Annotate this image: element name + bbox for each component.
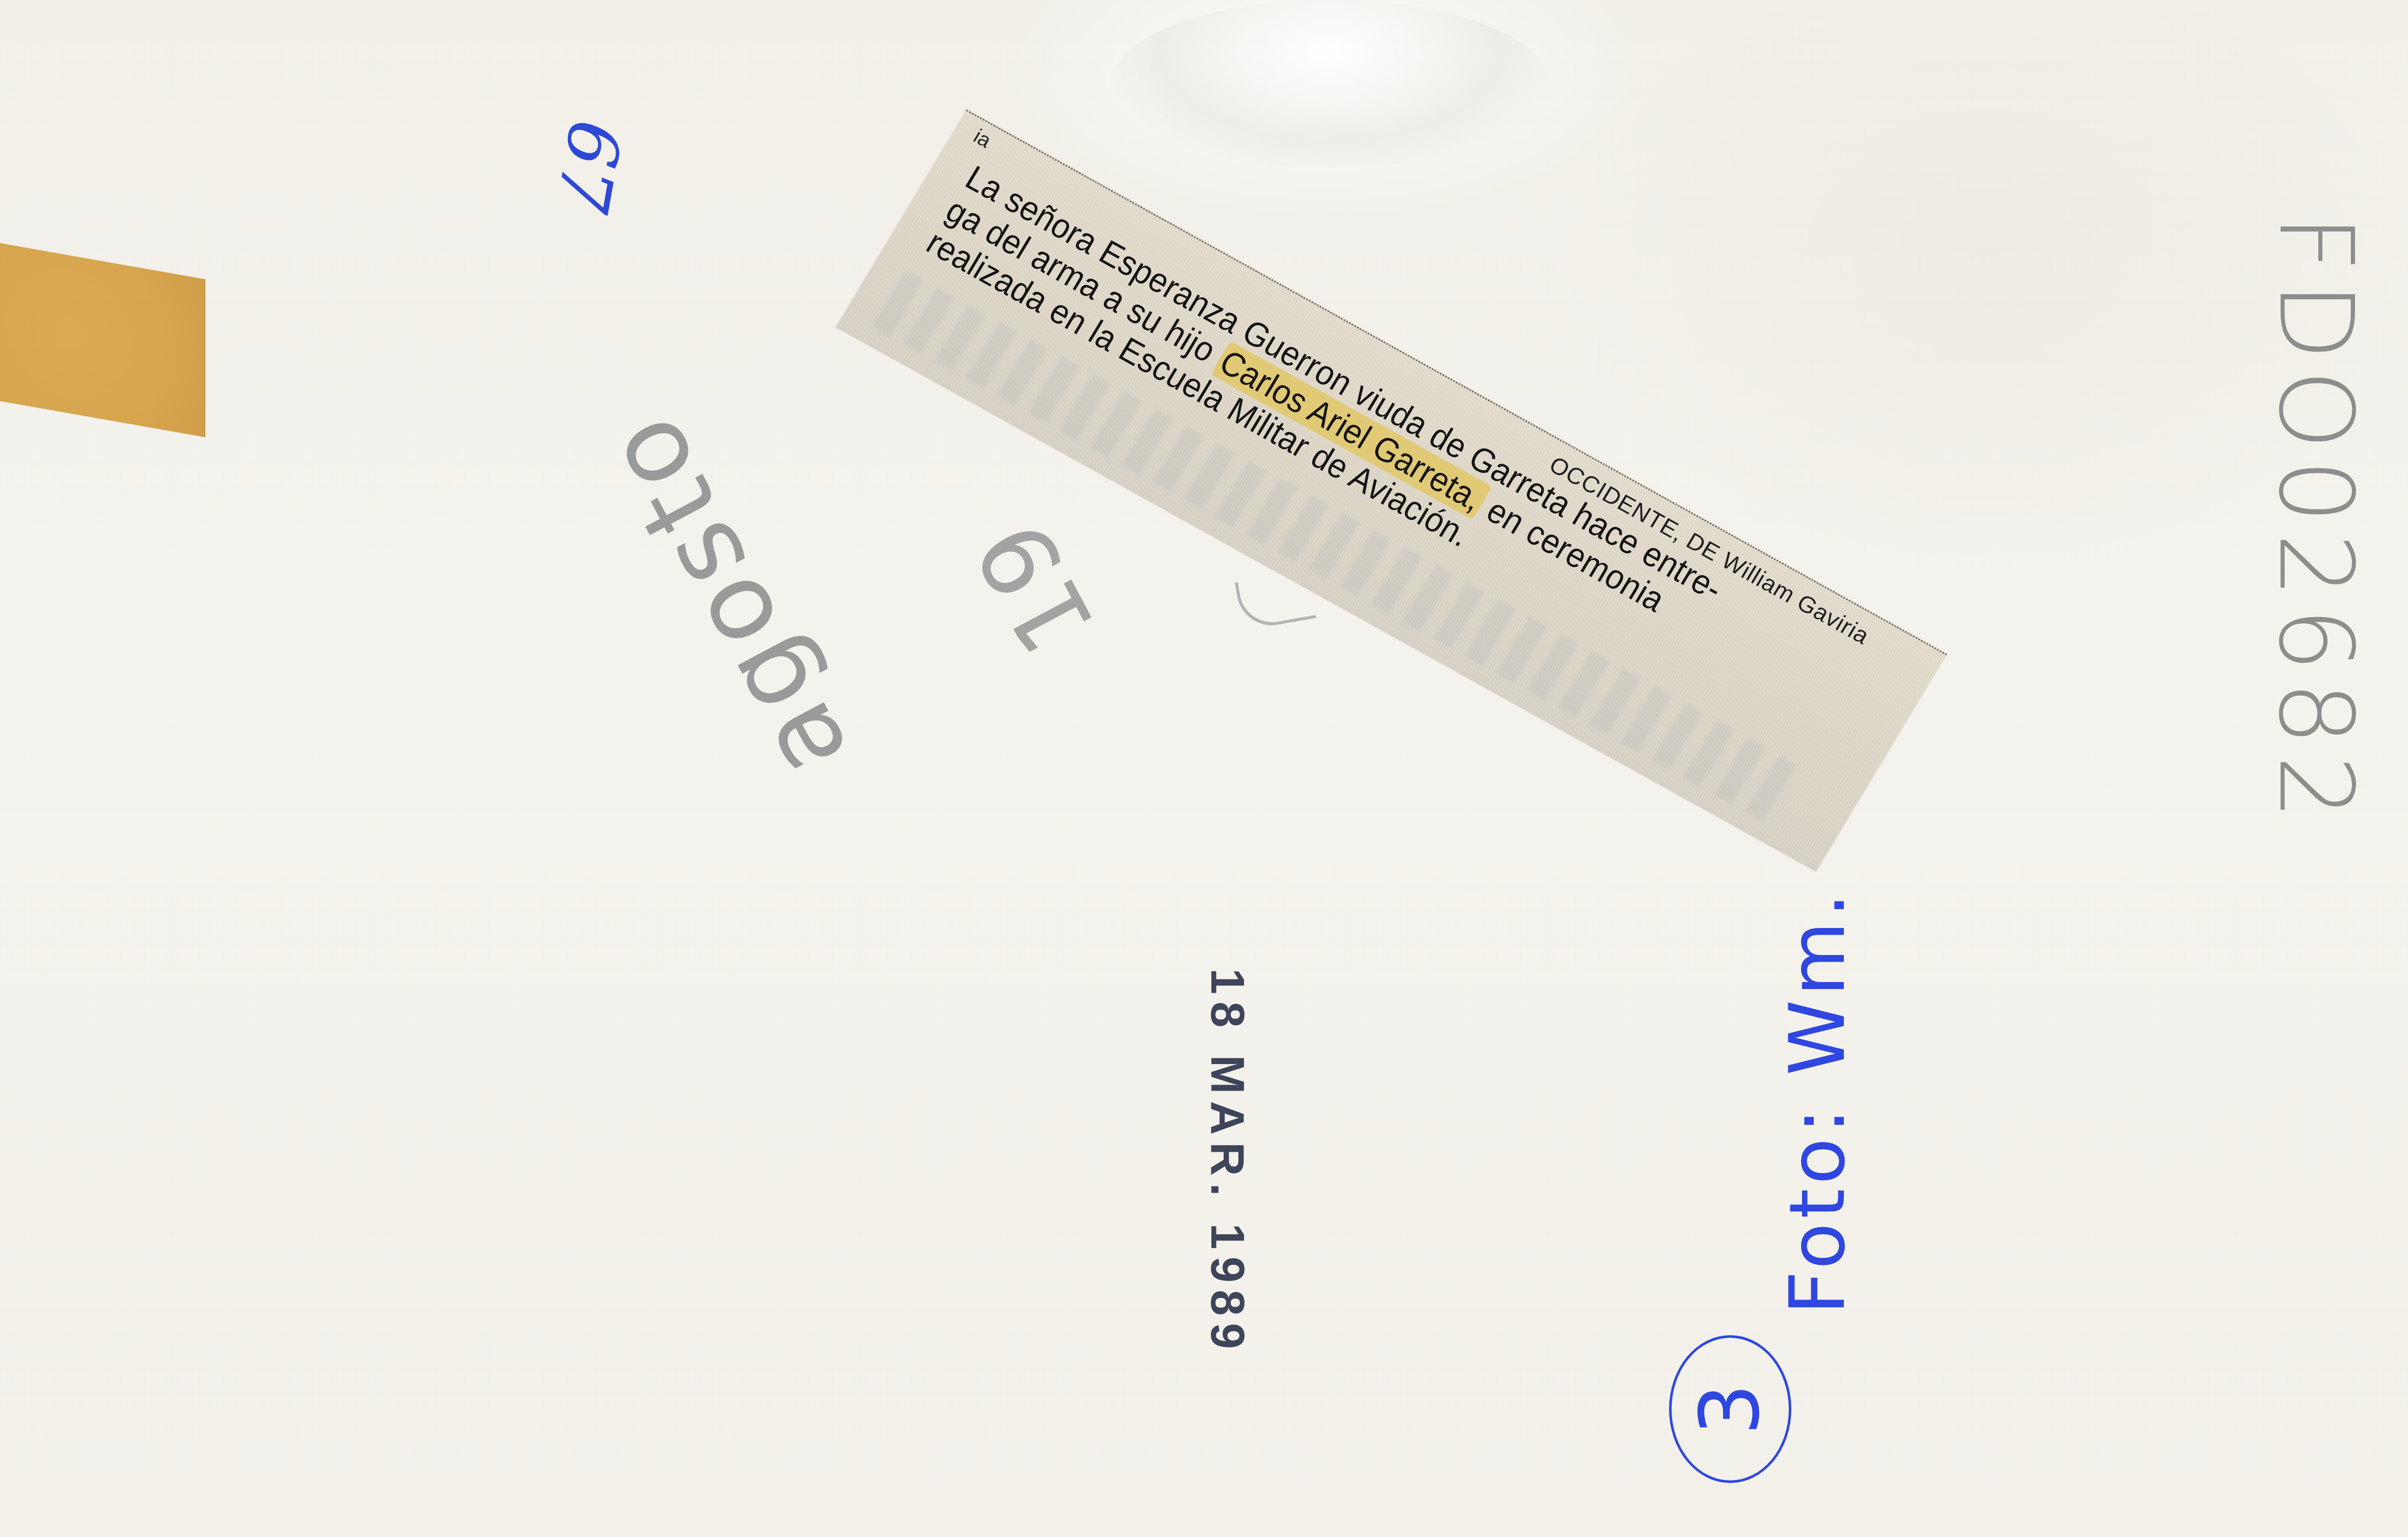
archive-code: FDO02682: [2256, 214, 2375, 829]
photo-credit-note: Foto: Wm.: [1774, 889, 1862, 1315]
clipping-corner-fragment: ia: [969, 125, 995, 153]
blue-pen-mark: 67: [539, 115, 637, 219]
date-stamp: 18 MAR. 1989: [1200, 968, 1254, 1356]
paper-crease: [1111, 0, 1549, 168]
circled-number-text: 3: [1682, 1383, 1778, 1435]
circled-number: 3: [1669, 1335, 1791, 1483]
